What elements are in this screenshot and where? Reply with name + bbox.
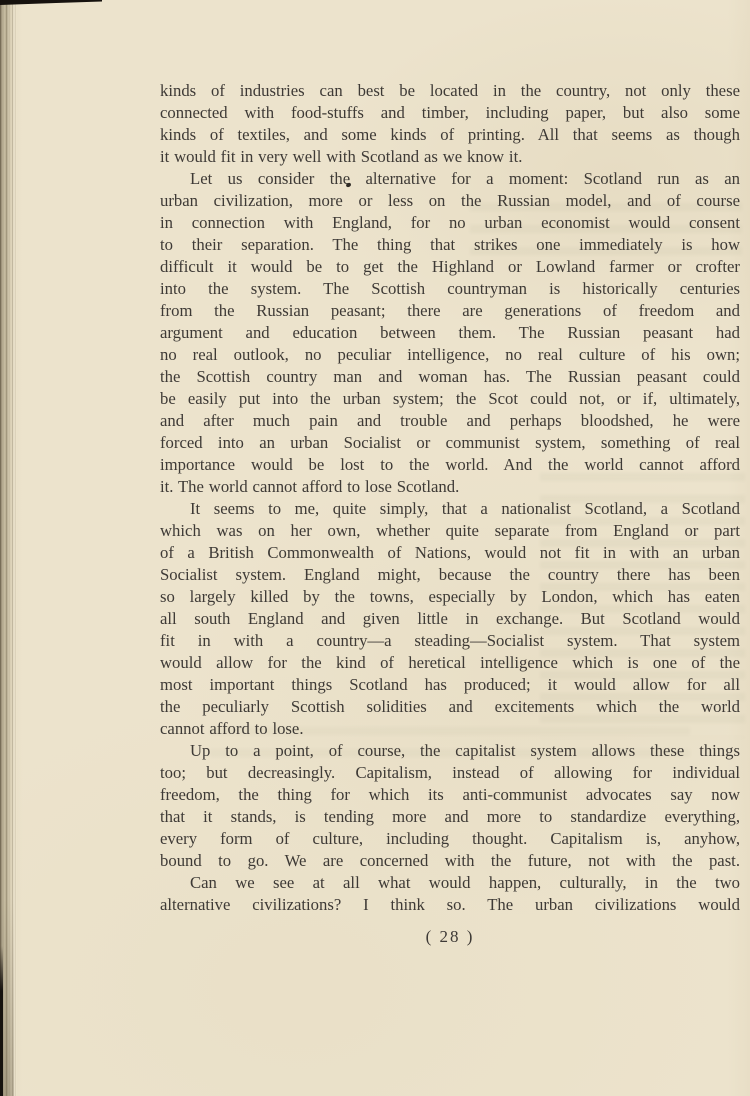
text-line: cannot afford to lose.	[160, 718, 740, 740]
text-line: Can we see at all what would happen, cul…	[160, 872, 740, 894]
text-line: Up to a point, of course, the capitalist…	[160, 740, 740, 762]
text-line: It seems to me, quite simply, that a nat…	[160, 498, 740, 520]
text-line: that it stands, is tending more and more…	[160, 806, 740, 828]
text-line: alternative civilizations? I think so. T…	[160, 894, 740, 916]
text-line: fit in with a country—a steading—Sociali…	[160, 630, 740, 652]
page-number: ( 28 )	[160, 926, 740, 948]
text-line: Let us consider the alternative for a mo…	[160, 168, 740, 190]
text-line: Socialist system. England might, because…	[160, 564, 740, 586]
text-line: urban civilization, more or less on the …	[160, 190, 740, 212]
text-line: most important things Scotland has produ…	[160, 674, 740, 696]
text-line: forced into an urban Socialist or commun…	[160, 432, 740, 454]
text-line: importance would be lost to the world. A…	[160, 454, 740, 476]
text-line: connected with food-stuffs and timber, i…	[160, 102, 740, 124]
page-edges-left	[0, 0, 17, 1096]
binding-shadow-bottom-left	[0, 946, 3, 1096]
text-line: so largely killed by the towns, especial…	[160, 586, 740, 608]
text-line: too; but decreasingly. Capitalism, inste…	[160, 762, 740, 784]
text-line: freedom, the thing for which its anti-co…	[160, 784, 740, 806]
text-line: be easily put into the urban system; the…	[160, 388, 740, 410]
text-line: to their separation. The thing that stri…	[160, 234, 740, 256]
text-line: it would fit in very well with Scotland …	[160, 146, 740, 168]
text-line: all south England and given little in ex…	[160, 608, 740, 630]
binding-shadow-top	[0, 0, 102, 5]
text-line: from the Russian peasant; there are gene…	[160, 300, 740, 322]
text-line: it. The world cannot afford to lose Scot…	[160, 476, 740, 498]
body-text: kinds of industries can best be located …	[160, 80, 740, 916]
text-line: of a British Commonwealth of Nations, wo…	[160, 542, 740, 564]
text-line: the Scottish country man and woman has. …	[160, 366, 740, 388]
text-line: the peculiarly Scottish solidities and e…	[160, 696, 740, 718]
text-line: argument and education between them. The…	[160, 322, 740, 344]
text-line: no real outlook, no peculiar intelligenc…	[160, 344, 740, 366]
text-line: in connection with England, for no urban…	[160, 212, 740, 234]
text-line: bound to go. We are concerned with the f…	[160, 850, 740, 872]
text-line: kinds of textiles, and some kinds of pri…	[160, 124, 740, 146]
text-line: and after much pain and trouble and perh…	[160, 410, 740, 432]
text-line: into the system. The Scottish countryman…	[160, 278, 740, 300]
text-line: every form of culture, including thought…	[160, 828, 740, 850]
text-line: difficult it would be to get the Highlan…	[160, 256, 740, 278]
text-line: kinds of industries can best be located …	[160, 80, 740, 102]
text-line: would allow for the kind of heretical in…	[160, 652, 740, 674]
book-page-scan: kinds of industries can best be located …	[0, 0, 750, 1096]
text-line: which was on her own, whether quite sepa…	[160, 520, 740, 542]
